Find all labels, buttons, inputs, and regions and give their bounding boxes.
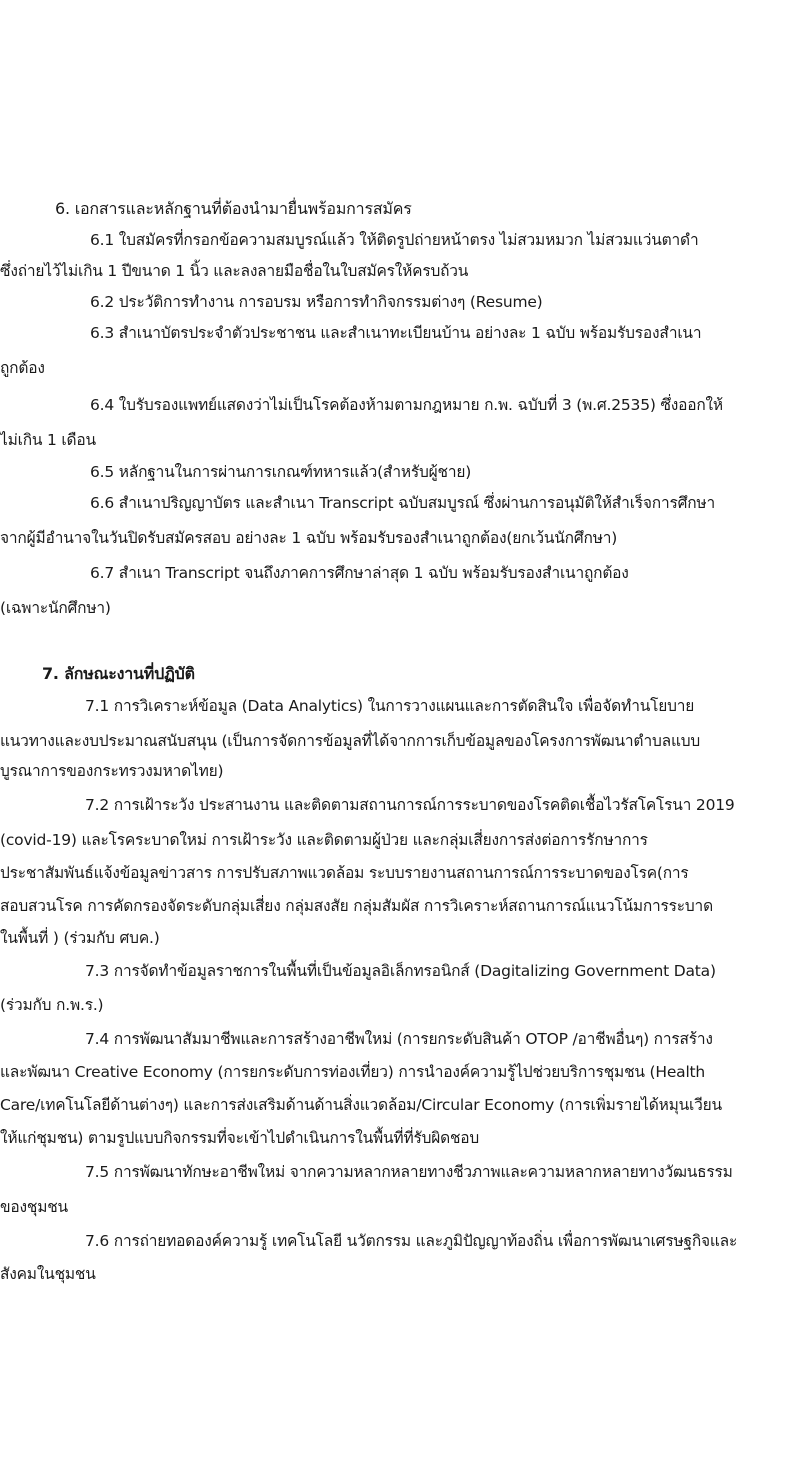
item-7-4-line-1: 7.4 การพัฒนาสัมมาชีพและการสร้างอาชีพใหม่… bbox=[85, 1028, 800, 1050]
document-page: 6. เอกสารและหลักฐานที่ต้องนำมายื่นพร้อมก… bbox=[0, 0, 800, 1474]
item-6-6-line-1: 6.6 สำเนาปริญญาบัตร และสำเนา Transcript … bbox=[90, 492, 800, 514]
item-7-2-line-4: สอบสวนโรค การคัดกรองจัดระดับกลุ่มเสี่ยง … bbox=[0, 895, 790, 917]
section-7-heading: 7. ลักษณะงานที่ปฏิบัติ bbox=[42, 663, 800, 685]
item-6-5: 6.5 หลักฐานในการผ่านการเกณฑ์ทหารแล้ว(สำห… bbox=[90, 461, 800, 483]
item-7-1-line-1: 7.1 การวิเคราะห์ข้อมูล (Data Analytics) … bbox=[85, 695, 800, 717]
item-7-3-line-2: (ร่วมกับ ก.พ.ร.) bbox=[0, 994, 790, 1016]
item-7-5-line-2: ของชุมชน bbox=[0, 1196, 790, 1218]
section-6-heading: 6. เอกสารและหลักฐานที่ต้องนำมายื่นพร้อมก… bbox=[55, 198, 800, 220]
item-6-7-line-1: 6.7 สำเนา Transcript จนถึงภาคการศึกษาล่า… bbox=[90, 562, 800, 584]
item-7-1-line-3: บูรณาการของกระทรวงมหาดไทย) bbox=[0, 760, 790, 782]
item-7-4-line-3: Care/เทคโนโลยีด้านต่างๆ) และการส่งเสริมด… bbox=[0, 1094, 790, 1116]
item-7-4-line-4: ให้แก่ชุมชน) ตามรูปแบบกิจกรรมที่จะเข้าไป… bbox=[0, 1127, 790, 1149]
item-6-3-line-1: 6.3 สำเนาบัตรประจำตัวประชาชน และสำเนาทะเ… bbox=[90, 322, 800, 344]
item-7-2-line-2: (covid-19) และโรคระบาดใหม่ การเฝ้าระวัง … bbox=[0, 829, 790, 851]
item-6-4-line-2: ไม่เกิน 1 เดือน bbox=[0, 429, 790, 451]
item-6-1-line-2: ซึ่งถ่ายไว้ไม่เกิน 1 ปีขนาด 1 นิ้ว และลง… bbox=[0, 260, 790, 282]
item-6-4-line-1: 6.4 ใบรับรองแพทย์แสดงว่าไม่เป็นโรคต้องห้… bbox=[90, 394, 800, 416]
item-7-4-line-2: และพัฒนา Creative Economy (การยกระดับการ… bbox=[0, 1061, 790, 1083]
item-7-3-line-1: 7.3 การจัดทำข้อมูลราชการในพื้นที่เป็นข้อ… bbox=[85, 960, 800, 982]
item-7-6-line-2: สังคมในชุมชน bbox=[0, 1263, 790, 1285]
item-6-7-line-2: (เฉพาะนักศึกษา) bbox=[0, 597, 790, 619]
item-6-1-line-1: 6.1 ใบสมัครที่กรอกข้อความสมบูรณ์แล้ว ให้… bbox=[90, 229, 800, 251]
item-6-3-line-2: ถูกต้อง bbox=[0, 357, 790, 379]
item-6-6-line-2: จากผู้มีอำนาจในวันปิดรับสมัครสอบ อย่างละ… bbox=[0, 527, 790, 549]
item-7-2-line-5: ในพื้นที่ ) (ร่วมกับ ศบค.) bbox=[0, 927, 790, 949]
item-7-6-line-1: 7.6 การถ่ายทอดองค์ความรู้ เทคโนโลยี นวัต… bbox=[85, 1230, 800, 1252]
item-7-5-line-1: 7.5 การพัฒนาทักษะอาชีพใหม่ จากความหลากหล… bbox=[85, 1161, 800, 1183]
item-7-1-line-2: แนวทางและงบประมาณสนับสนุน (เป็นการจัดการ… bbox=[0, 730, 790, 752]
item-6-2: 6.2 ประวัติการทำงาน การอบรม หรือการทำกิจ… bbox=[90, 291, 800, 313]
item-7-2-line-1: 7.2 การเฝ้าระวัง ประสานงาน และติดตามสถาน… bbox=[85, 794, 800, 816]
item-7-2-line-3: ประชาสัมพันธ์แจ้งข้อมูลข่าวสาร การปรับสภ… bbox=[0, 862, 790, 884]
